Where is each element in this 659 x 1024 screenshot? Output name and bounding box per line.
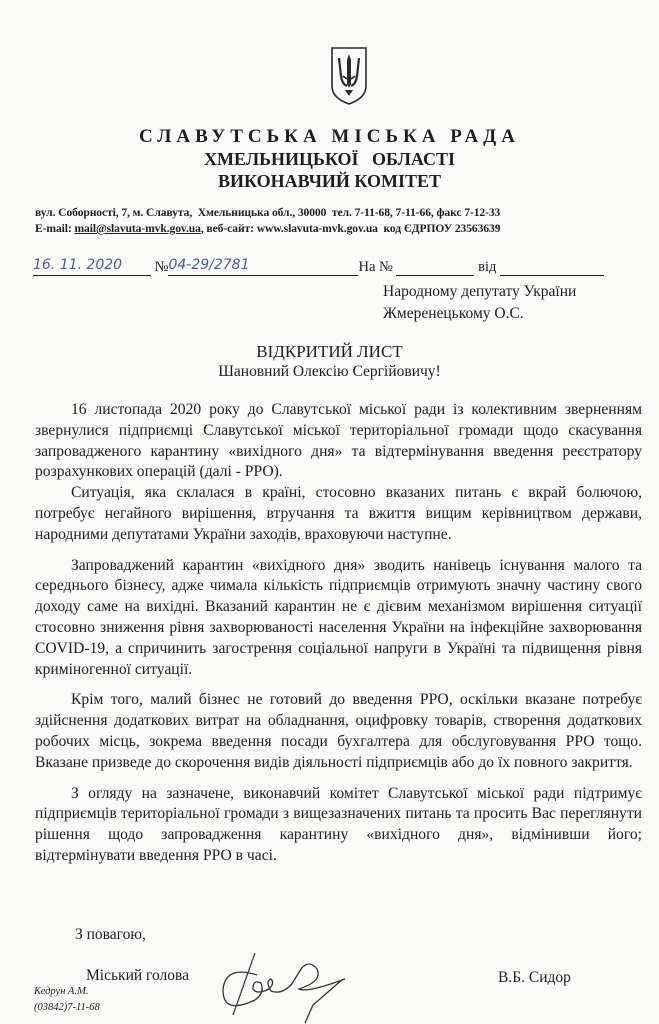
letter-body: 16 листопада 2020 року до Славутської мі… — [35, 400, 642, 867]
executor-phone: (03842)7-11-68 — [34, 1000, 100, 1016]
signer-position: Міський голова — [86, 967, 189, 985]
org-department: ВИКОНАВЧИЙ КОМІТЕТ — [0, 171, 659, 192]
recipient-block: Народному депутату України Жмеренецькому… — [383, 281, 576, 325]
paragraph-3: Запроваджений карантин «вихідного дня» з… — [35, 556, 642, 681]
paragraph-5: З огляду на зазначене, виконавчий коміте… — [35, 784, 642, 867]
date-handwritten: 16. 11. 2020 — [33, 257, 122, 273]
org-name: СЛАВУТСЬКА МІСЬКА РАДА — [0, 126, 659, 148]
registration-line: 16. 11. 2020 №04-29/2781На № від — [33, 257, 653, 281]
executor-name: Кедрун А.М. — [34, 984, 100, 1000]
paragraph-4: Крім того, малий бізнес не готовий до вв… — [35, 690, 642, 773]
ref-label: На № — [358, 259, 392, 275]
number-label: № — [155, 259, 169, 275]
paragraph-2: Ситуація, яка склалася в країні, стосовн… — [35, 483, 642, 545]
number-field: 04-29/2781 — [168, 257, 358, 276]
recipient-name: Жмеренецькому О.С. — [383, 303, 576, 325]
email-label: E-mail: — [35, 222, 74, 235]
org-contacts: E-mail: mail@slavuta-mvk.gov.ua, веб-сай… — [35, 222, 500, 235]
closing-regards: З повагою, — [75, 926, 146, 944]
signer-name: В.Б. Сидор — [498, 969, 571, 987]
ref-number-blank — [396, 257, 474, 276]
number-handwritten: 04-29/2781 — [168, 257, 249, 273]
paragraph-1: 16 листопада 2020 року до Славутської мі… — [35, 400, 642, 483]
org-region: ХМЕЛЬНИЦЬКОЇ ОБЛАСТІ — [0, 149, 659, 170]
greeting: Шановний Олексію Сергійовичу! — [0, 363, 659, 381]
from-label: від — [478, 259, 496, 275]
executor-block: Кедрун А.М. (03842)7-11-68 — [34, 984, 100, 1016]
website-and-code: , веб-сайт: www.slavuta-mvk.gov.ua код Є… — [201, 222, 501, 235]
org-address: вул. Соборності, 7, м. Славута, Хмельниц… — [35, 206, 500, 219]
ref-date-blank — [500, 257, 604, 276]
trident-coat-of-arms-icon — [330, 46, 368, 106]
email-link[interactable]: mail@slavuta-mvk.gov.ua — [74, 222, 200, 235]
letter-title: ВІДКРИТИЙ ЛИСТ — [0, 342, 659, 362]
recipient-title: Народному депутату України — [383, 281, 576, 303]
handwritten-signature-icon — [195, 945, 365, 1024]
date-field: 16. 11. 2020 — [33, 257, 151, 276]
